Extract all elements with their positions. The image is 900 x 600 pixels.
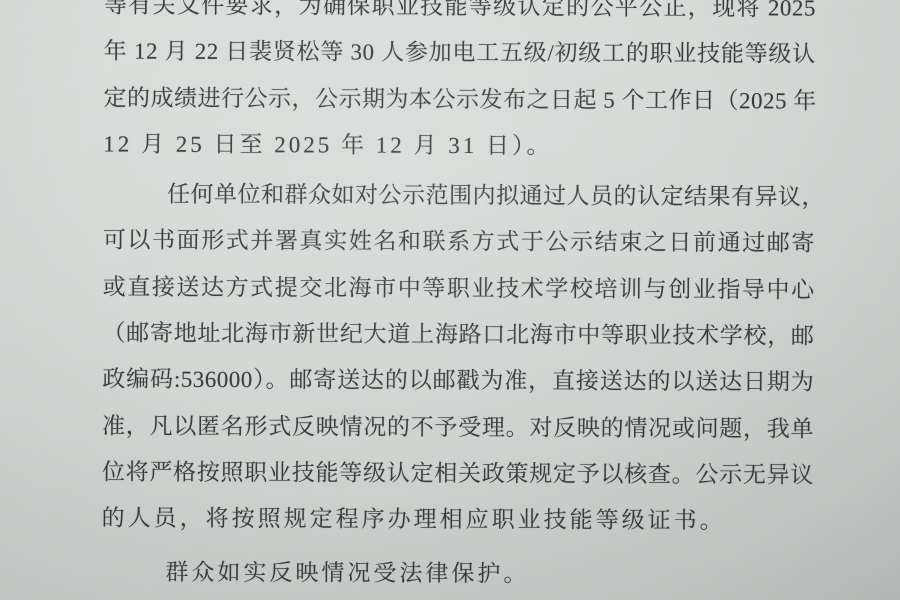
- text-line: 政编码:536000）。邮寄送达的以邮戳为准，直接送达的以送达日期为: [102, 357, 814, 406]
- text-line-paragraph-start: 群众如实反映情况受法律保护。: [101, 549, 813, 598]
- text-line: 位将严格按照职业技能等级认定相关政策规定予以核查。公示无异议: [102, 449, 814, 498]
- text-line: 可以书面形式并署真实姓名和联系方式于公示结束之日前通过邮寄: [103, 218, 815, 267]
- text-line: 定的成绩进行公示，公示期为本公示发布之日起 5 个工作日（2025 年: [103, 75, 815, 124]
- text-line: 准，凡以匿名形式反映情况的不予受理。对反映的情况或问题，我单: [102, 403, 814, 452]
- text-line-clipped: 等有关文件要求，为确保职业技能等级认定的公平公正，现将 2025: [104, 0, 816, 32]
- text-line: （邮寄地址北海市新世纪大道上海路口北海市中等职业技术学校，邮: [102, 311, 814, 360]
- text-line: 12 月 25 日至 2025 年 12 月 31 日）。: [103, 121, 815, 170]
- photographed-document-page: 等有关文件要求，为确保职业技能等级认定的公平公正，现将 2025 年 12 月 …: [0, 0, 900, 600]
- notice-body-text: 等有关文件要求，为确保职业技能等级认定的公平公正，现将 2025 年 12 月 …: [101, 0, 816, 598]
- text-line: 年 12 月 22 日裴贤松等 30 人参加电工五级/初级工的职业技能等级认: [104, 29, 816, 78]
- text-line: 的人员，将按照规定程序办理相应职业技能等级证书。: [102, 496, 814, 545]
- text-line-paragraph-start: 任何单位和群众如对公示范围内拟通过人员的认定结果有异议，: [103, 172, 815, 221]
- text-line: 或直接送达方式提交北海市中等职业技术学校培训与创业指导中心: [103, 264, 815, 313]
